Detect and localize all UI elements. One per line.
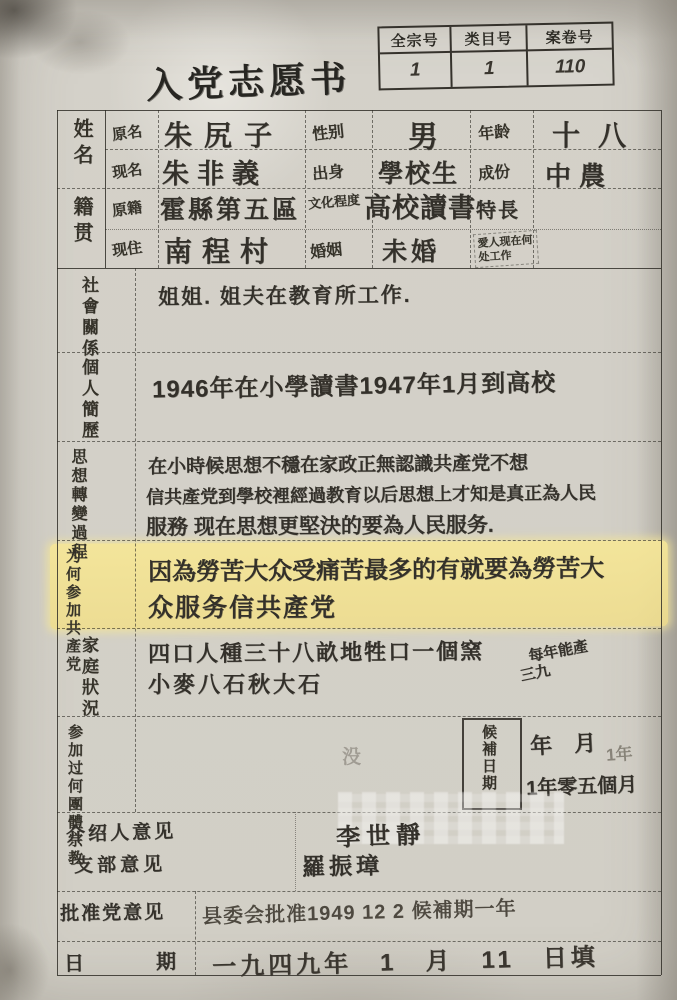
- introducer-label-line1: 介绍人意见: [66, 816, 177, 847]
- field-label-current-name: 现名: [111, 158, 144, 183]
- approval-content: 县委会批准1949 12 2 候補期一年: [202, 892, 517, 929]
- grid-line: [57, 110, 58, 975]
- grid-line: [135, 268, 136, 812]
- field-value-class-status: 中農: [545, 156, 613, 193]
- grid-line: [661, 110, 662, 975]
- grid-line: [57, 628, 661, 629]
- field-value-gender: 男: [408, 112, 438, 156]
- stamp-header-file: 案卷号: [527, 24, 612, 52]
- section-annotation-yearly-yield-2: 三九: [518, 659, 552, 686]
- grid-line: [57, 110, 661, 111]
- section-label-ideological-change: 思想轉變過程: [66, 448, 89, 518]
- field-value-current-name: 朱非義: [162, 152, 267, 191]
- field-value-marital-status: 未婚: [382, 232, 440, 268]
- date-label: 日 期: [64, 945, 202, 976]
- grid-line: [57, 716, 661, 717]
- field-label-spouse-location: 愛人现在何处工作: [473, 230, 539, 268]
- field-value-education: 高校讀書: [364, 186, 476, 225]
- field-label-age: 年龄: [477, 119, 511, 145]
- section-content-ideological-change-line1: 在小時候思想不穩在家政正無認識共產党不想: [148, 448, 528, 479]
- section-label-why-join-party: 为何参加共產党: [62, 548, 83, 624]
- field-value-original-name: 朱尻子: [164, 114, 284, 154]
- grid-line: [57, 891, 661, 892]
- section-content-family-line2: 小麥八石秋大石: [148, 668, 323, 699]
- section-content-ideological-change-line3: 服務 现在思想更堅決的要為人民服务.: [146, 509, 494, 541]
- approval-label: 批准党意见: [60, 897, 165, 926]
- field-label-gender: 性别: [311, 118, 345, 144]
- section-content-organizations-religion: 没: [342, 742, 361, 769]
- group-label-name: 姓名: [67, 118, 96, 182]
- stamp-value-fonds: 1: [380, 53, 453, 89]
- section-content-personal-history: 1946年在小學讀書1947年1月到高校: [152, 362, 557, 404]
- introducer-name-2: 羅振璋: [302, 847, 384, 881]
- field-value-family-origin: 學校生: [378, 154, 459, 190]
- field-label-original-name: 原名: [111, 120, 144, 145]
- probation-date-value-line1: 年 月: [529, 726, 597, 760]
- grid-line: [105, 110, 106, 268]
- field-label-specialty: 特長: [476, 194, 520, 223]
- grid-line: [158, 110, 159, 268]
- introducer-label-line2: 支部意见: [74, 849, 166, 878]
- section-label-organizations-religion: 参加过何團體宗教: [64, 724, 85, 800]
- field-value-current-residence: 南程村: [164, 230, 278, 270]
- grid-line: [295, 812, 296, 891]
- section-content-ideological-change-line2: 信共產党到學校裡經過教育以后思想上才知是真正為人民: [146, 479, 596, 510]
- field-label-current-residence: 现住: [111, 236, 144, 261]
- form-title: 入党志愿书: [145, 50, 377, 109]
- section-label-family-status: 家庭狀況: [76, 636, 101, 712]
- archive-stamp: 全宗号 类目号 案卷号 1 1 110: [377, 22, 614, 91]
- probation-date-label: 候補日期: [478, 724, 499, 802]
- stamp-header-category: 类目号: [451, 25, 528, 53]
- field-label-education: 文化程度: [307, 192, 366, 213]
- probation-date-value-extra: 1年: [605, 739, 633, 766]
- group-label-origin: 籍贯: [67, 196, 96, 260]
- stamp-header-fonds: 全宗号: [379, 27, 452, 55]
- field-label-family-origin: 出身: [311, 158, 345, 184]
- section-content-social-relations: 姐姐. 姐夫在教育所工作.: [158, 279, 412, 311]
- section-label-personal-history: 個人簡歷: [76, 358, 101, 436]
- grid-line: [57, 268, 661, 269]
- document-sheet: 全宗号 类目号 案卷号 1 1 110 入党志愿书 姓名 籍贯 原名 朱尻子 性…: [0, 0, 677, 1000]
- field-value-age: 十八: [552, 114, 644, 154]
- grid-line: [57, 352, 661, 353]
- section-label-social-relations: 社會關係: [76, 276, 101, 350]
- grid-line: [57, 441, 661, 442]
- section-content-family-line1: 四口人種三十八畝地牲口一個窯: [148, 635, 484, 669]
- field-label-class-status: 成份: [477, 159, 511, 185]
- stamp-value-file: 110: [528, 50, 613, 86]
- section-content-why-join-line1: 因為勞苦大众受痛苦最多的有就要為勞苦大: [148, 548, 604, 587]
- field-value-native-place: 霍縣第五區: [160, 190, 300, 226]
- field-label-native-place: 原籍: [111, 196, 144, 221]
- stamp-value-category: 1: [452, 51, 529, 87]
- section-content-why-join-line2: 众服务信共產党: [148, 588, 337, 624]
- grid-line: [305, 110, 306, 268]
- field-label-marital-status: 婚姻: [309, 236, 343, 262]
